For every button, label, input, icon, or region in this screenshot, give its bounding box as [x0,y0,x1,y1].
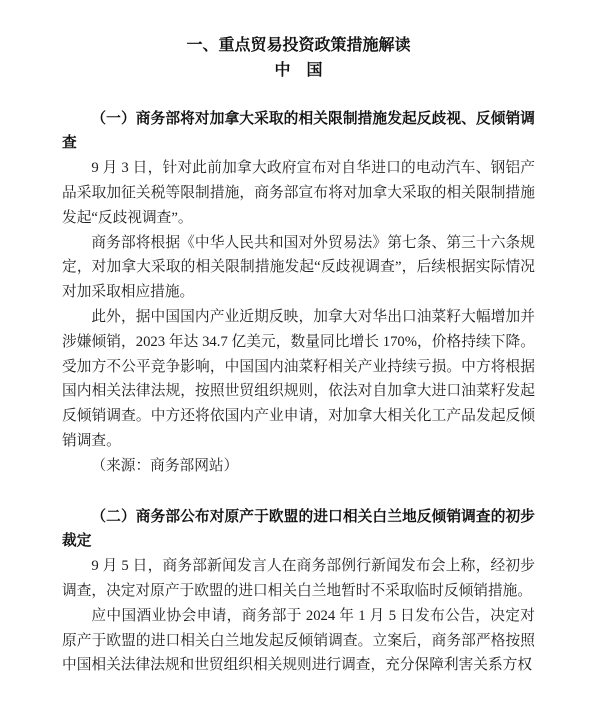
section-1-source-note: （来源：商务部网站） [62,454,535,479]
section-1-paragraph-2: 商务部将根据《中华人民共和国对外贸易法》第七条、第三十六条规定，对加拿大采取的相… [62,231,535,305]
country-subtitle: 中 国 [62,59,535,84]
document-page: 一、重点贸易投资政策措施解读 中 国 （一）商务部将对加拿大采取的相关限制措施发… [0,0,595,706]
section-1-paragraph-1: 9 月 3 日，针对此前加拿大政府宣布对自华进口的电动汽车、钢铝产品采取加征关税… [62,156,535,230]
section-canada-measures: （一）商务部将对加拿大采取的相关限制措施发起反歧视、反倾销调查 9 月 3 日，… [62,107,535,479]
section-2-paragraph-1: 9 月 5 日，商务部新闻发言人在商务部例行新闻发布会上称，经初步调查，决定对原… [62,554,535,604]
section-1-heading: （一）商务部将对加拿大采取的相关限制措施发起反歧视、反倾销调查 [62,107,535,157]
section-1-paragraph-3: 此外，据中国国内产业近期反映，加拿大对华出口油菜籽大幅增加并涉嫌倾销，2023 … [62,305,535,454]
page-title: 一、重点贸易投资政策措施解读 [62,34,535,59]
section-2-paragraph-2: 应中国酒业协会申请，商务部于 2024 年 1 月 5 日发布公告，决定对原产于… [62,604,535,678]
section-2-heading: （二）商务部公布对原产于欧盟的进口相关白兰地反倾销调查的初步裁定 [62,505,535,555]
section-eu-brandy-ruling: （二）商务部公布对原产于欧盟的进口相关白兰地反倾销调查的初步裁定 9 月 5 日… [62,505,535,679]
